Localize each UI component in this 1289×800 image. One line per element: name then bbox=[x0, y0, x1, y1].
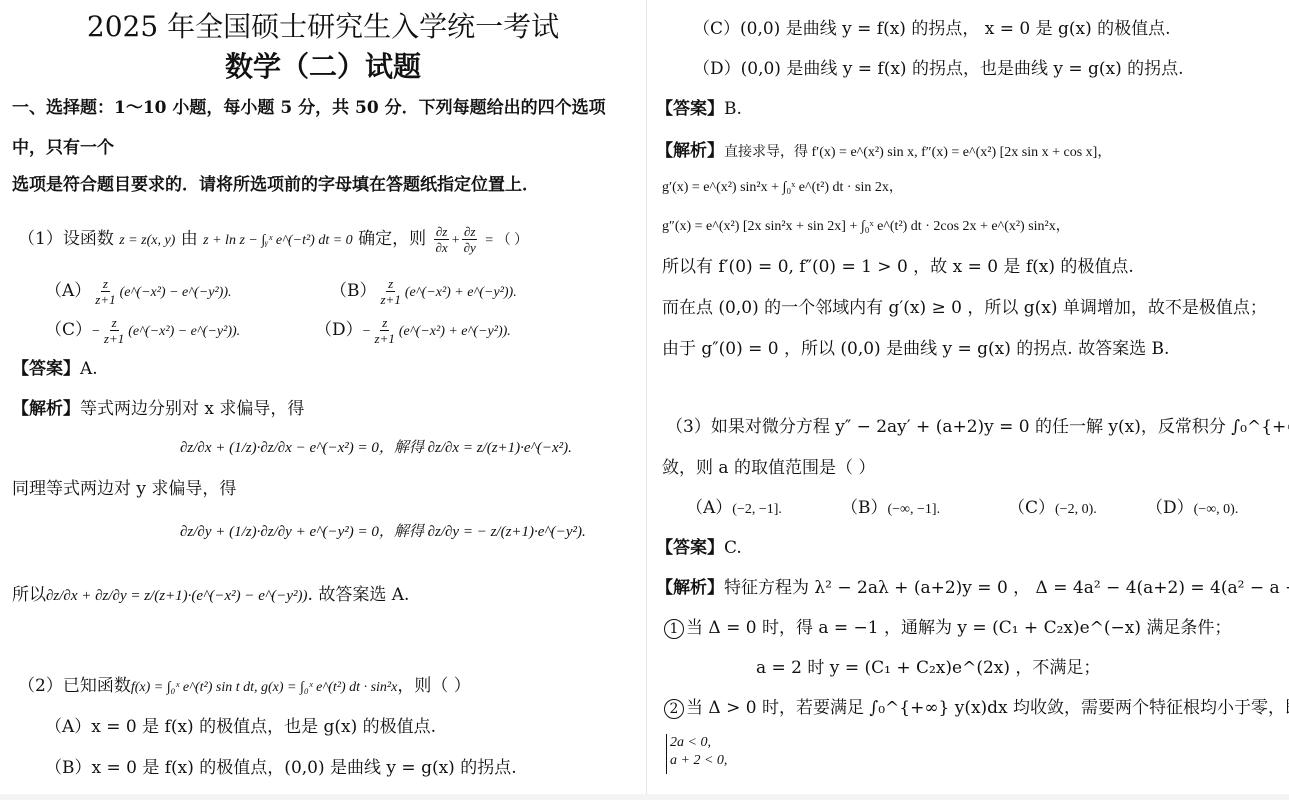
q1-analysis-line1: 【解析】等式两边分别对 x 求偏导，得 bbox=[12, 398, 304, 420]
q2-answer: 【答案】B. bbox=[656, 98, 742, 120]
q3-analysis-case2: 2当 Δ > 0 时，若要满足 ∫₀^{+∞} y(x)dx 均收敛，需要两个特… bbox=[664, 697, 1289, 719]
q3-stem-line1: （3）如果对微分方程 y″ − 2ay′ + (a+2)y = 0 的任一解 y… bbox=[666, 416, 1289, 438]
q3-analysis-case1: 1当 Δ = 0 时，得 a = −1 ，通解为 y = (C₁ + C₂x)e… bbox=[664, 617, 1231, 639]
q1-analysis-eq1: ∂z/∂x + (1/z)·∂z/∂x − e^(−x²) = 0，解得 ∂z/… bbox=[180, 437, 572, 459]
q1-option-d: （D）−zz+1(e^(−x²) + e^(−y²)). bbox=[315, 315, 511, 346]
q2-stem: （2）已知函数f(x) = ∫₀ˣ e^(t²) sin t dt, g(x) … bbox=[18, 675, 471, 699]
q3-answer: 【答案】C. bbox=[656, 537, 742, 559]
q1-stem: （1）设函数 z = z(x, y) 由 z + ln z − ∫ᵧˣ e^(−… bbox=[18, 224, 528, 255]
q2-analysis-line4: 所以有 f′(0) = 0, f″(0) = 1 > 0 ，故 x = 0 是 … bbox=[662, 256, 1134, 278]
q3-inequality-system: 2a < 0, a + 2 < 0, bbox=[666, 734, 727, 774]
q1-option-c: （C）−zz+1(e^(−x²) − e^(−y²)). bbox=[45, 315, 240, 346]
q1-option-b: （B）zz+1(e^(−x²) + e^(−y²)). bbox=[330, 276, 517, 307]
right-column: （C）(0,0) 是曲线 y = f(x) 的拐点， x = 0 是 g(x) … bbox=[648, 0, 1289, 800]
column-divider bbox=[646, 0, 647, 800]
q1-analysis-line3: 所以∂z/∂x + ∂z/∂y = z/(z+1)·(e^(−x²) − e^(… bbox=[12, 584, 409, 607]
q3-option-c: （C）(−2, 0). bbox=[1008, 497, 1097, 521]
q1-analysis-eq2: ∂z/∂y + (1/z)·∂z/∂y + e^(−y²) = 0，解得 ∂z/… bbox=[180, 521, 586, 543]
q3-analysis-line1: 【解析】特征方程为 λ² − 2aλ + (a+2)y = 0 ， Δ = 4a… bbox=[656, 577, 1289, 599]
q2-option-a: （A）x = 0 是 f(x) 的极值点，也是 g(x) 的极值点. bbox=[45, 716, 436, 738]
q2-analysis-line2: g′(x) = e^(x²) sin²x + ∫₀ˣ e^(t²) dt · s… bbox=[662, 177, 903, 199]
q2-option-c: （C）(0,0) 是曲线 y = f(x) 的拐点， x = 0 是 g(x) … bbox=[693, 18, 1171, 40]
q2-analysis-line6: 由于 g″(0) = 0 ，所以 (0,0) 是曲线 y = g(x) 的拐点.… bbox=[662, 338, 1169, 360]
q1-analysis-line2: 同理等式两边对 y 求偏导，得 bbox=[12, 478, 236, 500]
exam-subtitle: 数学（二）试题 bbox=[0, 50, 646, 84]
q2-option-d: （D）(0,0) 是曲线 y = f(x) 的拐点，也是曲线 y = g(x) … bbox=[693, 58, 1184, 80]
q2-analysis-line3: g″(x) = e^(x²) [2x sin²x + sin 2x] + ∫₀ˣ… bbox=[662, 216, 1070, 238]
section-instructions-line1: 一、选择题：1～10 小题，每小题 5 分，共 50 分．下列每题给出的四个选项 bbox=[12, 97, 606, 119]
section-instructions-line3: 选项是符合题目要求的．请将所选项前的字母填在答题纸指定位置上． bbox=[12, 174, 539, 196]
q3-option-b: （B）(−∞, −1]. bbox=[841, 497, 940, 521]
fraction: ∂z∂y bbox=[462, 224, 478, 255]
fraction: ∂z∂x bbox=[433, 224, 449, 255]
q3-analysis-line3: a = 2 时 y = (C₁ + C₂x)e^(2x) ，不满足； bbox=[756, 657, 1100, 679]
page-bottom-edge bbox=[0, 794, 1289, 800]
q1-option-a: （A）zz+1(e^(−x²) − e^(−y²)). bbox=[45, 276, 232, 307]
q3-option-a: （A）(−2, −1]. bbox=[686, 497, 782, 521]
left-column: 2025 年全国硕士研究生入学统一考试 数学（二）试题 一、选择题：1～10 小… bbox=[0, 0, 646, 800]
exam-title: 2025 年全国硕士研究生入学统一考试 bbox=[0, 10, 646, 44]
q2-analysis-line1: 【解析】直接求导，得 f′(x) = e^(x²) sin x, f″(x) =… bbox=[656, 140, 1111, 164]
q2-analysis-line5: 而在点 (0,0) 的一个邻域内有 g′(x) ≥ 0 ，所以 g(x) 单调增… bbox=[662, 297, 1267, 319]
circled-number-2: 2 bbox=[664, 699, 684, 719]
section-instructions-line2: 中，只有一个 bbox=[12, 137, 114, 159]
q2-option-b: （B）x = 0 是 f(x) 的极值点，(0,0) 是曲线 y = g(x) … bbox=[45, 757, 517, 779]
q1-answer: 【答案】A. bbox=[12, 358, 98, 380]
q3-stem-line2: 敛，则 a 的取值范围是（ ） bbox=[662, 457, 875, 479]
circled-number-1: 1 bbox=[664, 619, 684, 639]
q3-option-d: （D）(−∞, 0). bbox=[1146, 497, 1238, 521]
